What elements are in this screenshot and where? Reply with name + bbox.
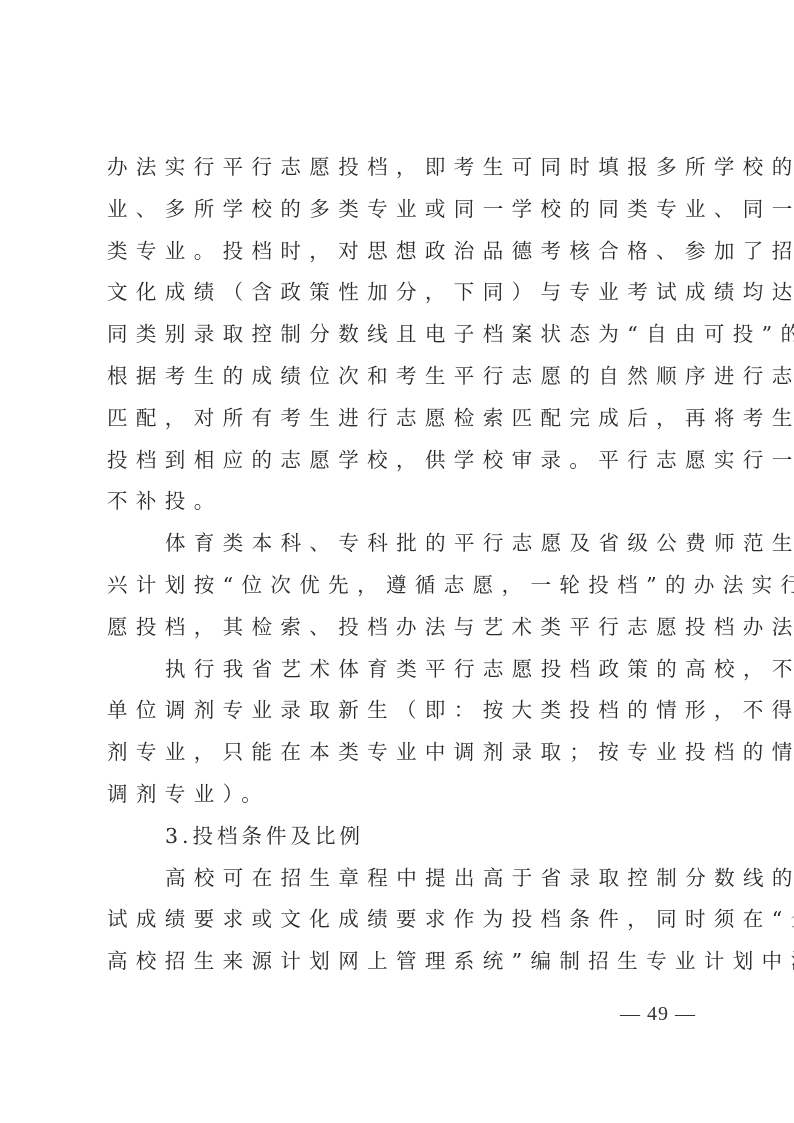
text-line: 执行我省艺术体育类平行志愿投档政策的高校，不得跨投档 bbox=[107, 649, 697, 691]
section-heading-conditions: 3.投档条件及比例 bbox=[107, 816, 697, 858]
text-line: 业、多所学校的多类专业或同一学校的同类专业、同一学校的多 bbox=[107, 189, 697, 231]
text-line: 愿投档，其检索、投档办法与艺术类平行志愿投档办法相同。 bbox=[107, 607, 697, 649]
paragraph-sports-category: 体育类本科、专科批的平行志愿及省级公费师范生、乡村振 兴计划按“位次优先，遵循志… bbox=[107, 523, 697, 648]
text-line: 高校招生来源计划网上管理系统”编制招生专业计划中注明。因 bbox=[107, 941, 697, 983]
text-line: 高校可在招生章程中提出高于省录取控制分数线的专业考 bbox=[107, 858, 697, 900]
text-line: 类专业。投档时，对思想政治品德考核合格、参加了招生体检、 bbox=[107, 231, 697, 273]
page-number: — 49 — bbox=[620, 1003, 696, 1026]
text-line: 投档到相应的志愿学校，供学校审录。平行志愿实行一轮投档， bbox=[107, 440, 697, 482]
document-body: 办法实行平行志愿投档，即考生可同时填报多所学校的同类专 业、多所学校的多类专业或… bbox=[107, 147, 697, 983]
text-line: 调剂专业）。 bbox=[107, 774, 697, 816]
text-line: 办法实行平行志愿投档，即考生可同时填报多所学校的同类专 bbox=[107, 147, 697, 189]
text-line: 剂专业，只能在本类专业中调剂录取；按专业投档的情形，不得 bbox=[107, 732, 697, 774]
text-line: 同类别录取控制分数线且电子档案状态为“自由可投”的考生， bbox=[107, 314, 697, 356]
heading-text: 3.投档条件及比例 bbox=[107, 816, 697, 858]
text-line: 根据考生的成绩位次和考生平行志愿的自然顺序进行志愿检索 bbox=[107, 356, 697, 398]
paragraph-parallel-admission: 办法实行平行志愿投档，即考生可同时填报多所学校的同类专 业、多所学校的多类专业或… bbox=[107, 147, 697, 523]
text-line: 文化成绩（含政策性加分，下同）与专业考试成绩均达到同批次、 bbox=[107, 272, 697, 314]
paragraph-adjustment-rule: 执行我省艺术体育类平行志愿投档政策的高校，不得跨投档 单位调剂专业录取新生（即：… bbox=[107, 649, 697, 816]
text-line: 兴计划按“位次优先，遵循志愿，一轮投档”的办法实行平行志 bbox=[107, 565, 697, 607]
text-line: 匹配，对所有考生进行志愿检索匹配完成后，再将考生档案正式 bbox=[107, 398, 697, 440]
text-line: 体育类本科、专科批的平行志愿及省级公费师范生、乡村振 bbox=[107, 523, 697, 565]
text-line: 不补投。 bbox=[107, 481, 697, 523]
text-line: 试成绩要求或文化成绩要求作为投档条件，同时须在“全国普通 bbox=[107, 899, 697, 941]
paragraph-conditions: 高校可在招生章程中提出高于省录取控制分数线的专业考 试成绩要求或文化成绩要求作为… bbox=[107, 858, 697, 983]
text-line: 单位调剂专业录取新生（即：按大类投档的情形，不得跨大类调 bbox=[107, 690, 697, 732]
